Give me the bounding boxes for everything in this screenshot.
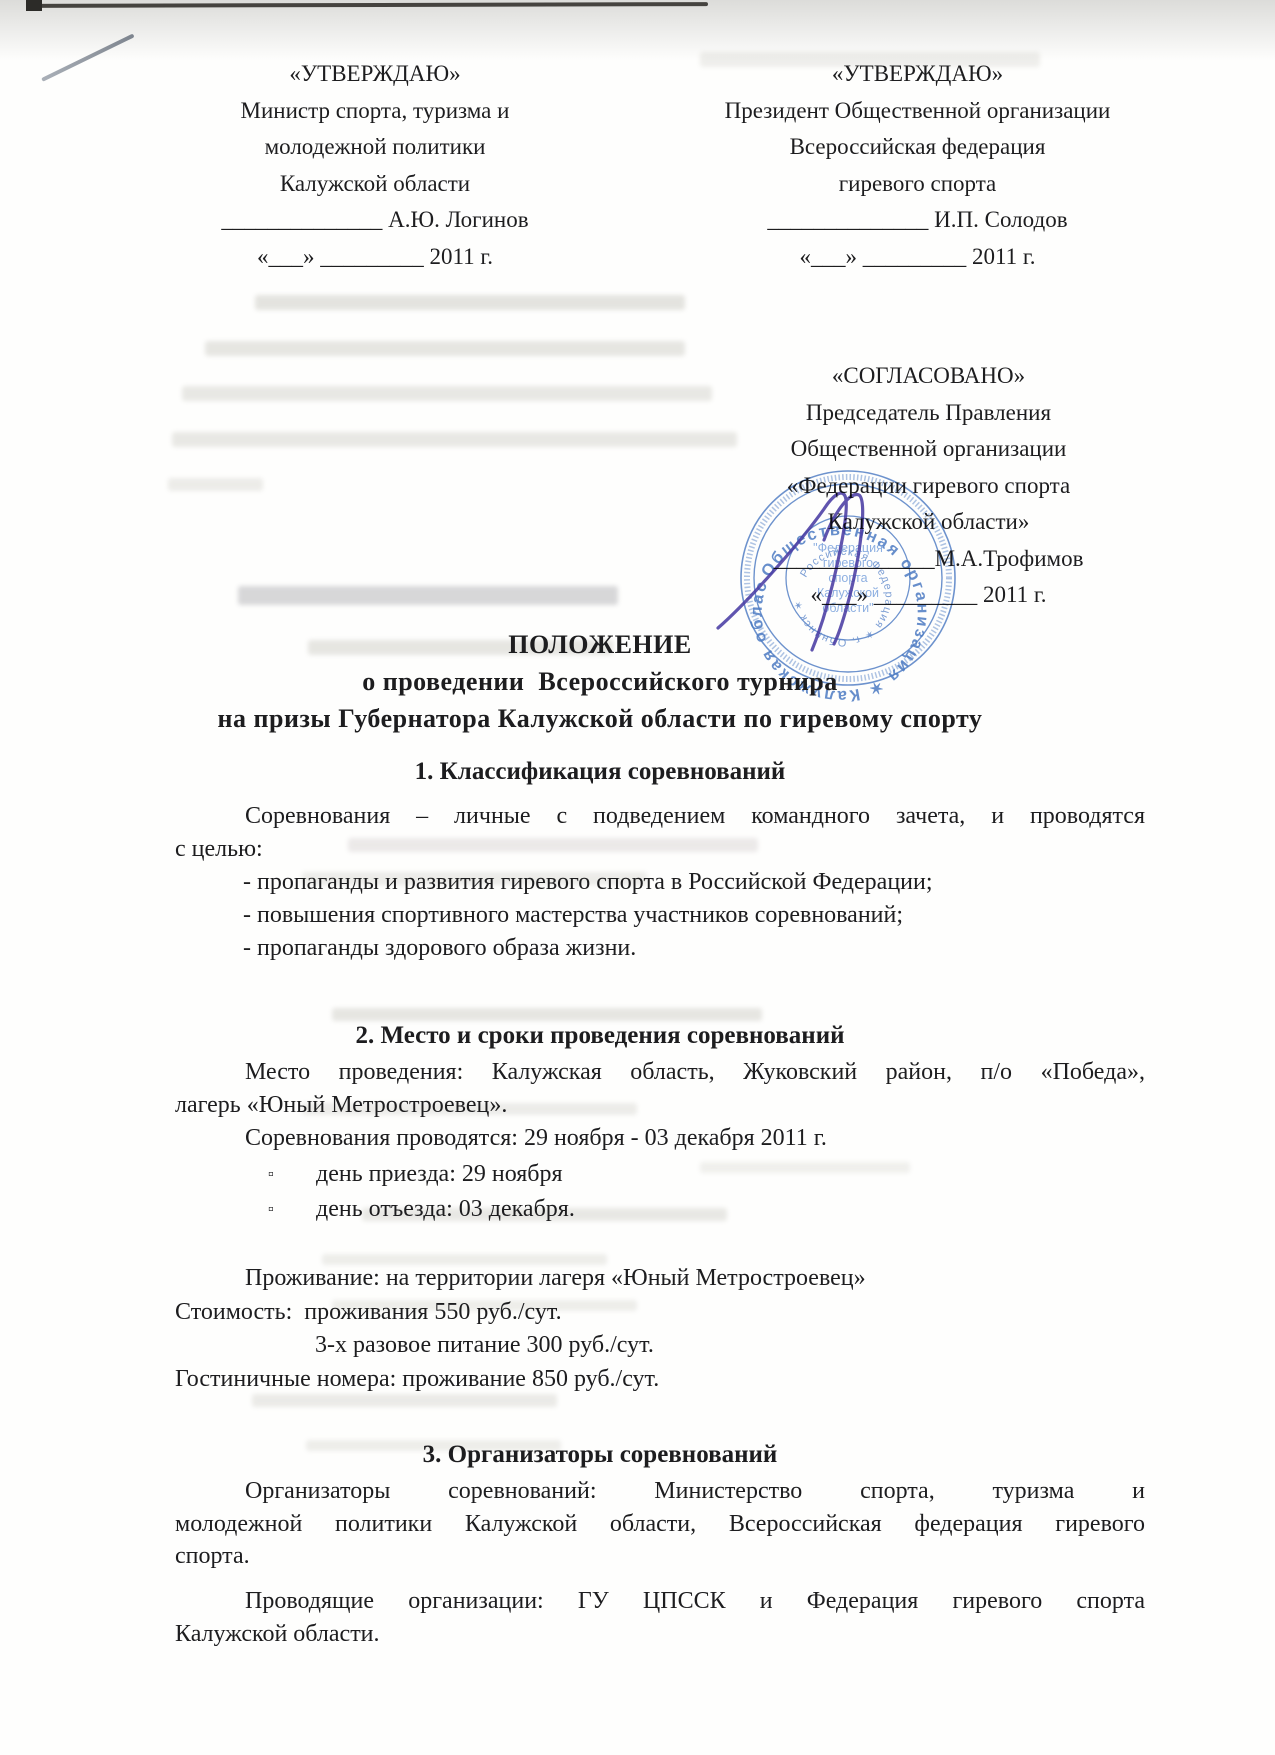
approve-block-right: «УТВЕРЖДАЮ» Президент Общественной орган… xyxy=(665,56,1170,275)
bleed-through-ghost xyxy=(238,586,618,605)
approve-right-title: «УТВЕРЖДАЮ» xyxy=(665,56,1170,93)
section2-venue-paragraph: Место проведения: Калужская область, Жук… xyxy=(175,1056,1145,1121)
approve-left-line: Калужской области xyxy=(145,166,605,203)
day-item-text: день приезда: 29 ноября xyxy=(316,1158,563,1191)
square-bullet-icon: ▫ xyxy=(268,1158,282,1191)
bleed-through-ghost xyxy=(205,341,685,356)
document-title-line2: о проведении Всероссийского турнира xyxy=(175,663,1025,700)
square-bullet-icon: ▫ xyxy=(268,1193,282,1226)
lodging-line: 3-х разовое питание 300 руб./сут. xyxy=(175,1329,1145,1363)
approve-left-line: молодежной политики xyxy=(145,129,605,166)
approve-right-line: гиревого спорта xyxy=(665,166,1170,203)
bleed-through-ghost xyxy=(182,386,712,401)
document-title-line1: ПОЛОЖЕНИЕ xyxy=(175,626,1025,663)
section1-intro: Соревнования – личные с подведением кома… xyxy=(175,800,1145,865)
approve-left-title: «УТВЕРЖДАЮ» xyxy=(145,56,605,93)
bleed-through-ghost xyxy=(255,295,685,310)
list-item: - пропаганды здорового образа жизни. xyxy=(243,932,1143,965)
paragraph-line: Соревнования – личные с подведением кома… xyxy=(175,800,1145,833)
section3-conducting-paragraph: Проводящие организации: ГУ ЦПССК и Федер… xyxy=(175,1585,1145,1650)
day-item-text: день отъезда: 03 декабря. xyxy=(316,1193,575,1226)
document-title: ПОЛОЖЕНИЕ о проведении Всероссийского ту… xyxy=(175,626,1025,737)
lodging-line: Проживание: на территории лагеря «Юный М… xyxy=(175,1262,1145,1296)
scan-corner-artifact xyxy=(26,0,42,11)
section2-day-list: ▫ день приезда: 29 ноября ▫ день отъезда… xyxy=(268,1158,968,1228)
scanned-document-page: «УТВЕРЖДАЮ» Министр спорта, туризма и мо… xyxy=(0,0,1275,1755)
paragraph-line: с целью: xyxy=(175,833,1145,866)
agreed-line: Председатель Правления xyxy=(706,395,1151,432)
list-item: - повышения спортивного мастерства участ… xyxy=(243,899,1143,932)
paragraph-line: Проводящие организации: ГУ ЦПССК и Федер… xyxy=(175,1585,1145,1618)
approve-left-line: Министр спорта, туризма и xyxy=(145,93,605,130)
approve-right-date-line: «___» _________ 2011 г. xyxy=(665,239,1170,276)
approve-block-left: «УТВЕРЖДАЮ» Министр спорта, туризма и мо… xyxy=(145,56,605,275)
approve-right-signature-line: ______________ И.П. Солодов xyxy=(665,202,1170,239)
section2-dates-line: Соревнования проводятся: 29 ноября - 03 … xyxy=(175,1122,1145,1155)
lodging-line: Стоимость: проживания 550 руб./сут. xyxy=(175,1296,1145,1330)
document-title-line3: на призы Губернатора Калужской области п… xyxy=(175,700,1025,737)
paragraph-line: Организаторы соревнований: Министерство … xyxy=(175,1475,1145,1508)
approve-left-signature-line: ______________ А.Ю. Логинов xyxy=(145,202,605,239)
section2-heading: 2. Место и сроки проведения соревнований xyxy=(175,1022,1025,1050)
paragraph-line: Место проведения: Калужская область, Жук… xyxy=(175,1056,1145,1089)
section1-heading: 1. Классификация соревнований xyxy=(175,758,1025,786)
section3-organizers-paragraph: Организаторы соревнований: Министерство … xyxy=(175,1475,1145,1573)
bleed-through-ghost xyxy=(332,1008,762,1021)
agreed-title: «СОГЛАСОВАНО» xyxy=(706,358,1151,395)
approve-right-line: Президент Общественной организации xyxy=(665,93,1170,130)
section3-heading: 3. Организаторы соревнований xyxy=(175,1441,1025,1469)
section1-goal-list: - пропаганды и развития гиревого спорта … xyxy=(243,866,1143,965)
paragraph-line: Калужской области. xyxy=(175,1618,1145,1651)
list-item: ▫ день приезда: 29 ноября xyxy=(268,1158,968,1193)
paragraph-line: молодежной политики Калужской области, В… xyxy=(175,1508,1145,1541)
approve-left-date-line: «___» _________ 2011 г. xyxy=(145,239,605,276)
paragraph-line: лагерь «Юный Метростроевец». xyxy=(175,1089,1145,1122)
list-item: ▫ день отъезда: 03 декабря. xyxy=(268,1193,968,1228)
approve-right-line: Всероссийская федерация xyxy=(665,129,1170,166)
paragraph-line: спорта. xyxy=(175,1540,1145,1573)
list-item: - пропаганды и развития гиревого спорта … xyxy=(243,866,1143,899)
bleed-through-ghost xyxy=(168,478,263,491)
lodging-line: Гостиничные номера: проживание 850 руб./… xyxy=(175,1363,1145,1397)
stamp-center-text: "Федерация xyxy=(813,541,883,555)
stamp-center-text: гиревого xyxy=(823,556,873,570)
bleed-through-ghost xyxy=(172,432,737,447)
section2-lodging-block: Проживание: на территории лагеря «Юный М… xyxy=(175,1262,1145,1396)
